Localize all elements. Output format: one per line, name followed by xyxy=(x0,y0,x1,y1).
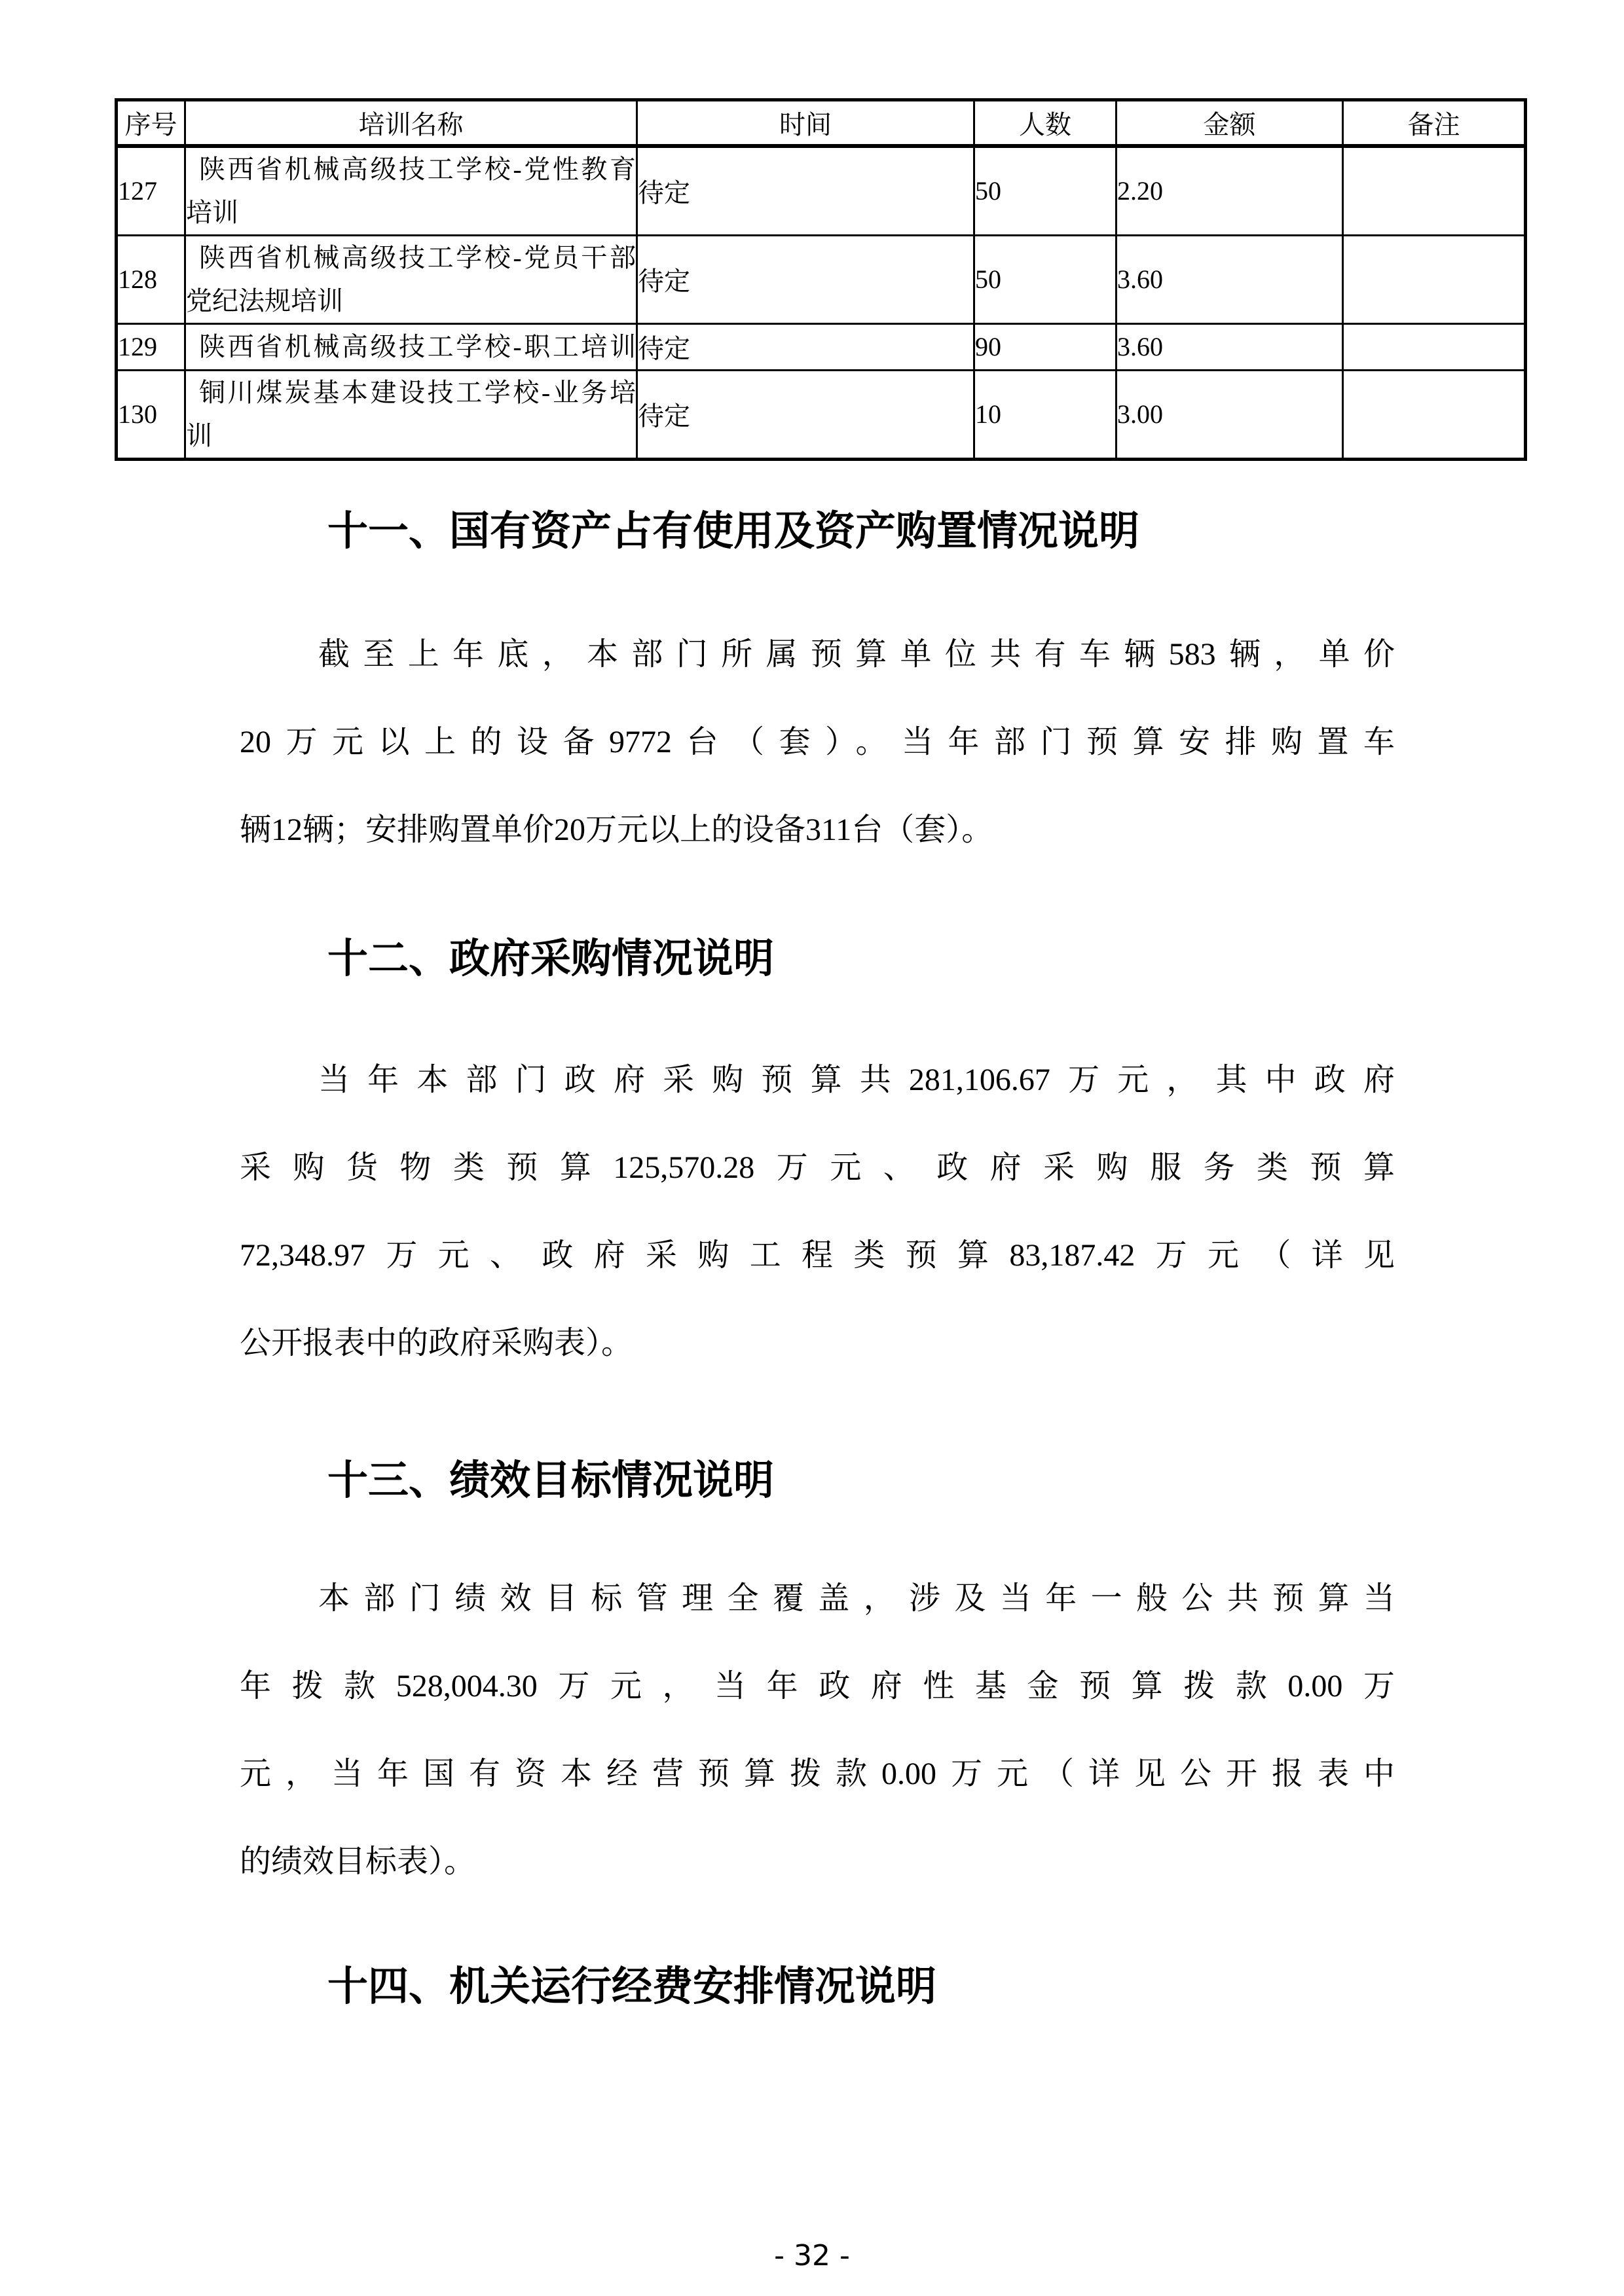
paragraph-line: 72,348.97万元、政府采购工程类预算83,187.42万元（详见 xyxy=(240,1212,1395,1300)
training-name-cell: 陕西省机械高级技工学校-党员干部党纪法规培训 xyxy=(185,235,637,323)
training-name-line: 培训 xyxy=(186,191,636,234)
section-heading: 十三、绩效目标情况说明 xyxy=(327,1459,774,1503)
paragraph-line: 的绩效目标表）。 xyxy=(240,1818,1395,1906)
table-header-cell: 备注 xyxy=(1343,100,1526,146)
training-name-line: 陕西省机械高级技工学校-党性教育 xyxy=(186,148,636,191)
time-cell: 待定 xyxy=(637,235,974,323)
seq-cell: 129 xyxy=(117,323,185,370)
time-cell: 待定 xyxy=(637,146,974,236)
section-heading: 十四、机关运行经费安排情况说明 xyxy=(327,1965,936,2009)
training-table: 序号培训名称时间人数金额备注 127陕西省机械高级技工学校-党性教育培训待定50… xyxy=(115,98,1524,461)
training-table-grid: 序号培训名称时间人数金额备注 127陕西省机械高级技工学校-党性教育培训待定50… xyxy=(115,98,1527,461)
training-name-line: 陕西省机械高级技工学校-职工培训 xyxy=(186,325,636,369)
seq-cell: 127 xyxy=(117,146,185,236)
amount-cell: 3.60 xyxy=(1116,235,1343,323)
amount-cell: 3.00 xyxy=(1116,370,1343,459)
people-count-cell: 50 xyxy=(974,235,1116,323)
section-heading: 十二、政府采购情况说明 xyxy=(327,938,774,981)
training-name-cell: 铜川煤炭基本建设技工学校-业务培训 xyxy=(185,370,637,459)
table-row: 129陕西省机械高级技工学校-职工培训待定903.60 xyxy=(117,323,1526,370)
table-row: 130铜川煤炭基本建设技工学校-业务培训待定103.00 xyxy=(117,370,1526,459)
section-heading: 十一、国有资产占有使用及资产购置情况说明 xyxy=(327,510,1139,553)
amount-cell: 3.60 xyxy=(1116,323,1343,370)
people-count-cell: 50 xyxy=(974,146,1116,236)
training-name-line: 党纪法规培训 xyxy=(186,280,636,323)
paragraph-line: 年拨款528,004.30万元，当年政府性基金预算拨款0.00万 xyxy=(240,1643,1395,1730)
table-header-cell: 序号 xyxy=(117,100,185,146)
section-paragraph: 当年本部门政府采购预算共281,106.67万元，其中政府采购货物类预算125,… xyxy=(240,1036,1395,1387)
training-name-line: 铜川煤炭基本建设技工学校-业务培 xyxy=(186,371,636,414)
table-header-cell: 人数 xyxy=(974,100,1116,146)
section-paragraph: 截至上年底，本部门所属预算单位共有车辆583辆，单价20万元以上的设备9772台… xyxy=(240,611,1395,874)
time-cell: 待定 xyxy=(637,323,974,370)
note-cell xyxy=(1343,370,1526,459)
note-cell xyxy=(1343,235,1526,323)
paragraph-line: 辆12辆；安排购置单价20万元以上的设备311台（套）。 xyxy=(240,786,1395,874)
table-header-cell: 培训名称 xyxy=(185,100,637,146)
training-name-cell: 陕西省机械高级技工学校-职工培训 xyxy=(185,323,637,370)
seq-cell: 130 xyxy=(117,370,185,459)
time-cell: 待定 xyxy=(637,370,974,459)
amount-cell: 2.20 xyxy=(1116,146,1343,236)
seq-cell: 128 xyxy=(117,235,185,323)
training-name-line: 陕西省机械高级技工学校-党员干部 xyxy=(186,236,636,280)
paragraph-line: 截至上年底，本部门所属预算单位共有车辆583辆，单价 xyxy=(240,611,1395,699)
people-count-cell: 90 xyxy=(974,323,1116,370)
people-count-cell: 10 xyxy=(974,370,1116,459)
table-header-cell: 时间 xyxy=(637,100,974,146)
training-name-cell: 陕西省机械高级技工学校-党性教育培训 xyxy=(185,146,637,236)
paragraph-line: 元，当年国有资本经营预算拨款0.00万元（详见公开报表中 xyxy=(240,1730,1395,1818)
table-row: 127陕西省机械高级技工学校-党性教育培训待定502.20 xyxy=(117,146,1526,236)
table-header-row: 序号培训名称时间人数金额备注 xyxy=(117,100,1526,146)
paragraph-line: 本部门绩效目标管理全覆盖，涉及当年一般公共预算当 xyxy=(240,1555,1395,1643)
section-paragraph: 本部门绩效目标管理全覆盖，涉及当年一般公共预算当年拨款528,004.30万元，… xyxy=(240,1555,1395,1906)
paragraph-line: 20万元以上的设备9772台（套）。当年部门预算安排购置车 xyxy=(240,699,1395,786)
note-cell xyxy=(1343,146,1526,236)
paragraph-line: 当年本部门政府采购预算共281,106.67万元，其中政府 xyxy=(240,1036,1395,1124)
table-header-cell: 金额 xyxy=(1116,100,1343,146)
training-name-line: 训 xyxy=(186,414,636,458)
document-page: 序号培训名称时间人数金额备注 127陕西省机械高级技工学校-党性教育培训待定50… xyxy=(0,0,1624,2296)
page-number: - 32 - xyxy=(0,2242,1624,2270)
paragraph-line: 采购货物类预算125,570.28万元、政府采购服务类预算 xyxy=(240,1124,1395,1212)
paragraph-line: 公开报表中的政府采购表）。 xyxy=(240,1300,1395,1387)
note-cell xyxy=(1343,323,1526,370)
table-row: 128陕西省机械高级技工学校-党员干部党纪法规培训待定503.60 xyxy=(117,235,1526,323)
